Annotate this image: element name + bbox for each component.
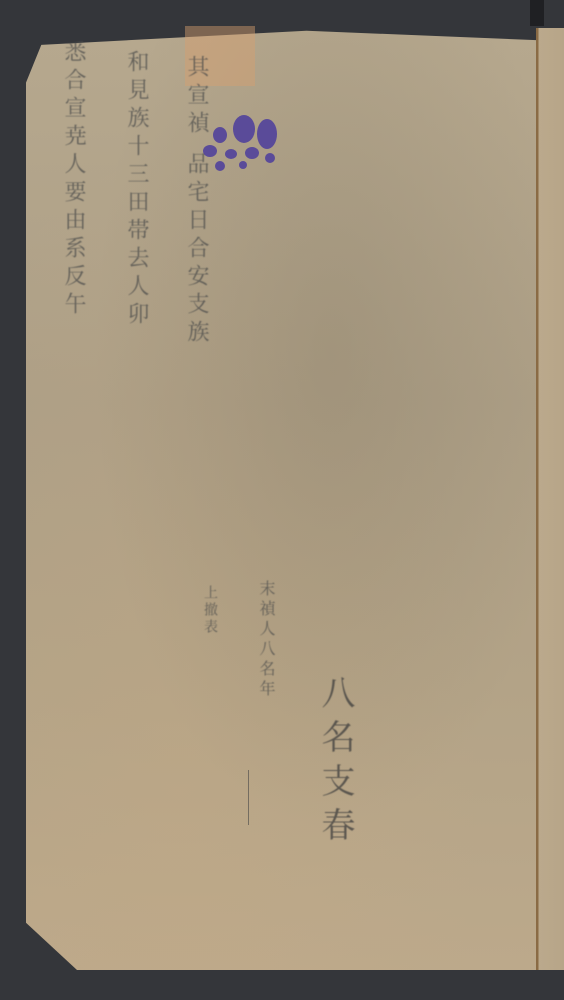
adjacent-page-edge (536, 28, 564, 970)
text-column-2: 和見族十三田帯去人卯 (125, 50, 147, 330)
binding-clip (530, 0, 544, 26)
ink-stroke-tail (248, 770, 249, 825)
small-annotation-column: 上撤表 (203, 585, 217, 636)
purple-seal-stamp (195, 115, 285, 175)
text-column-3: 其宣禎 品宅日合安支族 (185, 55, 207, 348)
signature-column: 八名支春 (318, 675, 352, 851)
document-note: Faded cursive East Asian handwriting; ch… (0, 0, 1, 1)
text-column-1: 悉合宣尭人要由系反午 (62, 40, 84, 320)
annotation-column: 末禎人八名年 (258, 580, 274, 700)
